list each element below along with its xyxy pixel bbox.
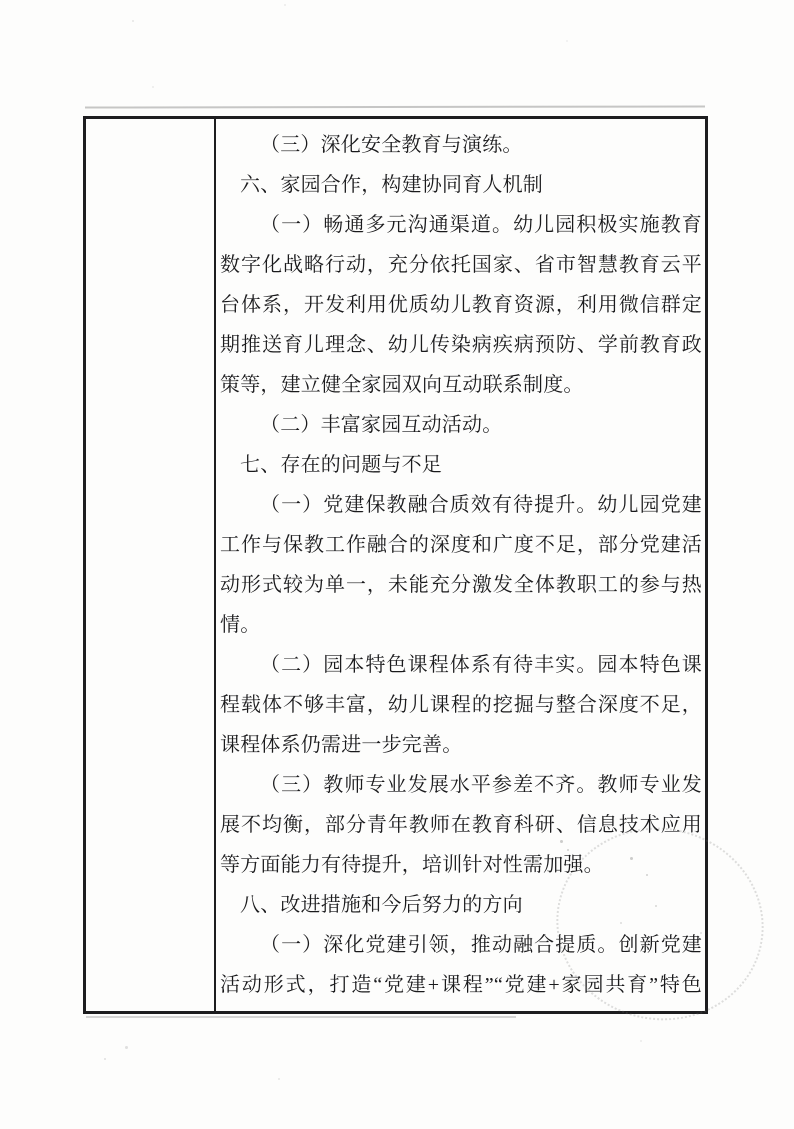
- table-left-cell: [86, 119, 216, 1011]
- scan-smudge-line-bottom: [86, 1016, 516, 1018]
- text-line: 等方面能力有待提升，培训针对性需加强。: [220, 845, 702, 885]
- scanned-document-page: （三）深化安全教育与演练。六、家园合作，构建协同育人机制（一）畅通多元沟通渠道。…: [0, 0, 794, 1129]
- text-line: 程载体不够丰富，幼儿课程的挖掘与整合深度不足，: [220, 685, 702, 725]
- text-line: 策等，建立健全家园双向互动联系制度。: [220, 365, 702, 405]
- scan-speck: [104, 1058, 106, 1060]
- text-line: 数字化战略行动，充分依托国家、省市智慧教育云平: [220, 245, 702, 285]
- text-line: （一）深化党建引领，推动融合提质。创新党建: [220, 925, 702, 965]
- scan-speck: [152, 86, 154, 88]
- text-line: 动形式较为单一，未能充分激发全体教职工的参与热: [220, 565, 702, 605]
- text-line: 情。: [220, 605, 702, 645]
- text-line: 八、改进措施和今后努力的方向: [220, 885, 702, 925]
- text-line: 展不均衡，部分青年教师在教育科研、信息技术应用: [220, 805, 702, 845]
- text-line: （一）畅通多元沟通渠道。幼儿园积极实施教育: [220, 205, 702, 245]
- text-line: （一）党建保教融合质效有待提升。幼儿园党建: [220, 485, 702, 525]
- text-line: 工作与保教工作融合的深度和广度不足，部分党建活: [220, 525, 702, 565]
- scan-speck: [284, 4, 286, 6]
- text-line: 七、存在的问题与不足: [220, 445, 702, 485]
- text-line: （三）深化安全教育与演练。: [220, 125, 702, 165]
- scan-speck: [125, 1046, 128, 1049]
- text-line: （二）园本特色课程体系有待丰实。园本特色课: [220, 645, 702, 685]
- text-line: 活动形式，打造“党建+课程”“党建+家园共育”特色: [220, 965, 702, 1005]
- scan-smudge-line-top: [85, 105, 705, 108]
- table-body-cell: （三）深化安全教育与演练。六、家园合作，构建协同育人机制（一）畅通多元沟通渠道。…: [216, 119, 705, 1011]
- text-line: 期推送育儿理念、幼儿传染病疾病预防、学前教育政: [220, 325, 702, 365]
- text-line: 课程体系仍需进一步完善。: [220, 725, 702, 765]
- document-table: （三）深化安全教育与演练。六、家园合作，构建协同育人机制（一）畅通多元沟通渠道。…: [83, 116, 708, 1014]
- scan-speck: [566, 40, 568, 42]
- text-line: 六、家园合作，构建协同育人机制: [220, 165, 702, 205]
- text-line: （三）教师专业发展水平参差不齐。教师专业发: [220, 765, 702, 805]
- scan-speck: [132, 20, 134, 22]
- scan-speck: [640, 1040, 642, 1042]
- text-line: （二）丰富家园互动活动。: [220, 405, 702, 445]
- text-line: 台体系，开发利用优质幼儿教育资源，利用微信群定: [220, 285, 702, 325]
- scan-speck: [278, 1078, 280, 1080]
